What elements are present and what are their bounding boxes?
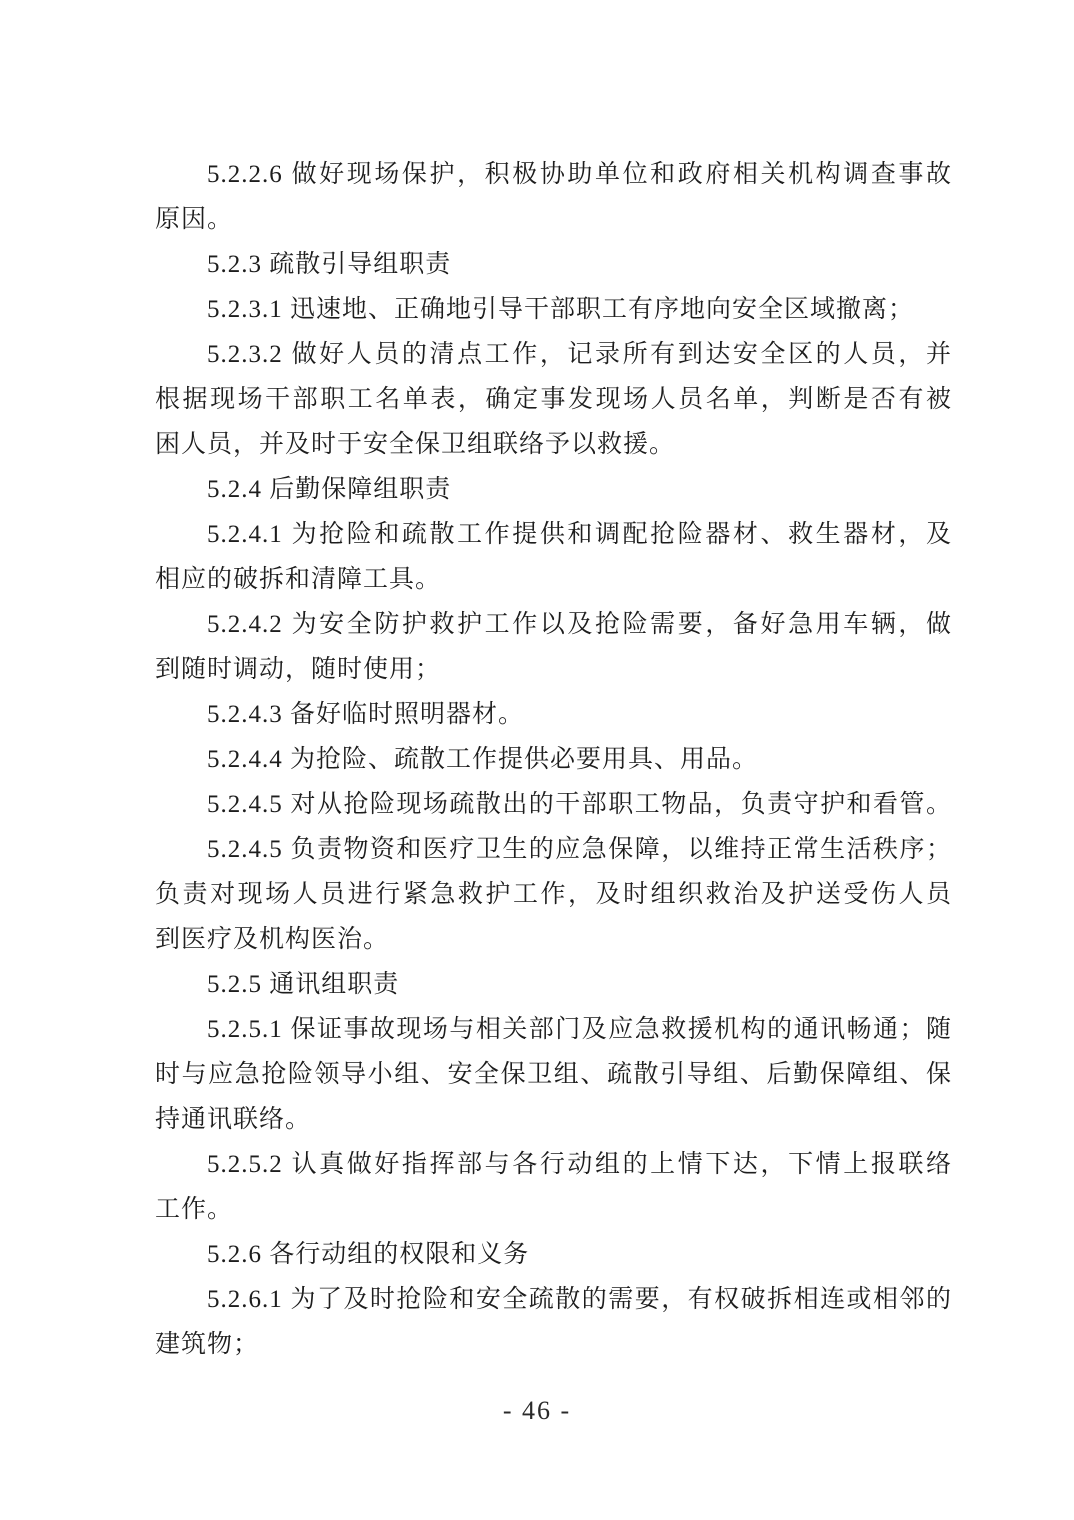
text-line: 5.2.5 通讯组职责 [155,962,952,1007]
text-line: 到医疗及机构医治。 [155,917,952,962]
text-line: 5.2.2.6 做好现场保护，积极协助单位和政府相关机构调查事故 [155,152,952,197]
page-footer: - 46 - [0,1396,1074,1426]
text-line: 5.2.4 后勤保障组职责 [155,467,952,512]
text-line: 5.2.6.1 为了及时抢险和安全疏散的需要，有权破拆相连或相邻的 [155,1277,952,1322]
text-line: 5.2.5.1 保证事故现场与相关部门及应急救援机构的通讯畅通；随 [155,1007,952,1052]
text-line: 5.2.3.2 做好人员的清点工作，记录所有到达安全区的人员，并 [155,332,952,377]
text-line: 5.2.3.1 迅速地、正确地引导干部职工有序地向安全区域撤离； [155,287,952,332]
text-line: 5.2.4.5 对从抢险现场疏散出的干部职工物品，负责守护和看管。 [155,782,952,827]
text-line: 5.2.3 疏散引导组职责 [155,242,952,287]
text-line: 5.2.4.4 为抢险、疏散工作提供必要用具、用品。 [155,737,952,782]
text-line: 负责对现场人员进行紧急救护工作，及时组织救治及护送受伤人员 [155,872,952,917]
text-line: 根据现场干部职工名单表，确定事发现场人员名单，判断是否有被 [155,377,952,422]
page-number: - 46 - [503,1396,571,1425]
text-line: 到随时调动，随时使用； [155,647,952,692]
text-line: 原因。 [155,197,952,242]
text-line: 5.2.4.2 为安全防护救护工作以及抢险需要，备好急用车辆，做 [155,602,952,647]
text-line: 5.2.4.5 负责物资和医疗卫生的应急保障，以维持正常生活秩序； [155,827,952,872]
text-line: 建筑物； [155,1322,952,1367]
document-body: 5.2.2.6 做好现场保护，积极协助单位和政府相关机构调查事故原因。5.2.3… [155,152,952,1367]
text-line: 时与应急抢险领导小组、安全保卫组、疏散引导组、后勤保障组、保 [155,1052,952,1097]
text-line: 5.2.4.1 为抢险和疏散工作提供和调配抢险器材、救生器材，及 [155,512,952,557]
text-line: 5.2.4.3 备好临时照明器材。 [155,692,952,737]
text-line: 5.2.6 各行动组的权限和义务 [155,1232,952,1277]
text-line: 困人员，并及时于安全保卫组联络予以救援。 [155,422,952,467]
text-line: 持通讯联络。 [155,1097,952,1142]
text-line: 相应的破拆和清障工具。 [155,557,952,602]
document-page: 5.2.2.6 做好现场保护，积极协助单位和政府相关机构调查事故原因。5.2.3… [0,0,1074,1520]
text-line: 工作。 [155,1187,952,1232]
text-line: 5.2.5.2 认真做好指挥部与各行动组的上情下达，下情上报联络 [155,1142,952,1187]
